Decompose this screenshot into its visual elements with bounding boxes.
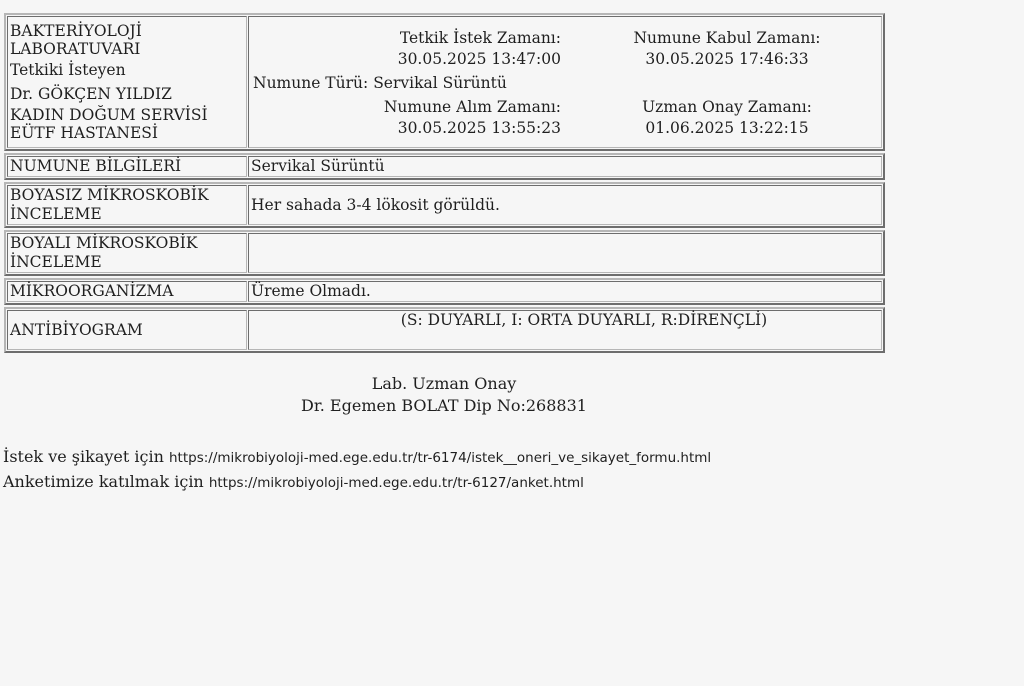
accept-time-value: 30.05.2025 17:46:33: [627, 49, 827, 70]
table-row: ANTİBİYOGRAM (S: DUYARLI, I: ORTA DUYARL…: [7, 310, 882, 350]
unstained-microscopy-value: Her sahada 3-4 lökosit görüldü.: [248, 185, 882, 225]
signature-name: Dr. Egemen BOLAT Dip No:268831: [0, 395, 888, 417]
survey-link-prefix: Anketimize katılmak için: [3, 472, 204, 491]
stained-microscopy-value: [248, 233, 882, 273]
sample-info-value: Servikal Sürüntü: [248, 156, 882, 177]
accept-time-block: Numune Kabul Zamanı: 30.05.2025 17:46:33: [627, 28, 827, 70]
microorganism-value: Üreme Olmadı.: [248, 281, 882, 302]
approval-time-value: 01.06.2025 13:22:15: [627, 118, 827, 139]
complaint-form-link[interactable]: https://mikrobiyoloji-med.ege.edu.tr/tr-…: [169, 450, 711, 466]
unstained-microscopy-label-line2: İNCELEME: [10, 205, 244, 224]
hospital: EÜTF HASTANESİ: [10, 124, 244, 142]
footer-links: İstek ve şikayet için https://mikrobiyol…: [3, 445, 711, 495]
sample-times-cell: Tetkik İstek Zamanı: 30.05.2025 13:47:00…: [248, 16, 882, 148]
table-row: BOYALI MİKROSKOBİK İNCELEME: [7, 233, 882, 273]
lab-report: BAKTERİYOLOJİ LABORATUVARI Tetkiki İstey…: [4, 13, 885, 355]
microorganism-label: MİKROORGANİZMA: [7, 281, 247, 302]
collection-time-block: Numune Alım Zamanı: 30.05.2025 13:55:23: [384, 97, 561, 139]
antibiogram-table: ANTİBİYOGRAM (S: DUYARLI, I: ORTA DUYARL…: [4, 307, 885, 353]
collection-time-value: 30.05.2025 13:55:23: [384, 118, 561, 139]
sample-type-value: Servikal Sürüntü: [373, 74, 507, 92]
approval-time-block: Uzman Onay Zamanı: 01.06.2025 13:22:15: [627, 97, 827, 139]
table-row: BOYASIZ MİKROSKOBİK İNCELEME Her sahada …: [7, 185, 882, 225]
survey-link-line: Anketimize katılmak için https://mikrobi…: [3, 470, 711, 495]
request-time-value: 30.05.2025 13:47:00: [398, 49, 561, 70]
lab-name-line1: BAKTERİYOLOJİ: [10, 22, 244, 40]
specialist-signature: Lab. Uzman Onay Dr. Egemen BOLAT Dip No:…: [0, 373, 888, 417]
survey-link[interactable]: https://mikrobiyoloji-med.ege.edu.tr/tr-…: [209, 475, 584, 491]
approval-time-label: Uzman Onay Zamanı:: [627, 97, 827, 118]
complaint-link-line: İstek ve şikayet için https://mikrobiyol…: [3, 445, 711, 470]
sample-info-label: NUMUNE BİLGİLERİ: [7, 156, 247, 177]
requester-name: Dr. GÖKÇEN YILDIZ: [10, 82, 244, 106]
requester-label: Tetkiki İsteyen: [10, 58, 244, 82]
sample-type-label: Numune Türü:: [253, 74, 368, 92]
stained-microscopy-label: BOYALI MİKROSKOBİK İNCELEME: [7, 233, 247, 273]
collection-time-label: Numune Alım Zamanı:: [384, 97, 561, 118]
accept-time-label: Numune Kabul Zamanı:: [627, 28, 827, 49]
microorganism-table: MİKROORGANİZMA Üreme Olmadı.: [4, 278, 885, 305]
antibiogram-label: ANTİBİYOGRAM: [7, 310, 247, 350]
antibiogram-legend: (S: DUYARLI, I: ORTA DUYARLI, R:DİRENÇLİ…: [248, 310, 882, 350]
request-time-label: Tetkik İstek Zamanı:: [398, 28, 561, 49]
table-row: NUMUNE BİLGİLERİ Servikal Sürüntü: [7, 156, 882, 177]
unstained-microscopy-label-line1: BOYASIZ MİKROSKOBİK: [10, 186, 244, 205]
sample-info-table: NUMUNE BİLGİLERİ Servikal Sürüntü: [4, 153, 885, 180]
table-row: MİKROORGANİZMA Üreme Olmadı.: [7, 281, 882, 302]
lab-name-line2: LABORATUVARI: [10, 40, 244, 58]
department: KADIN DOĞUM SERVİSİ: [10, 106, 244, 124]
signature-title: Lab. Uzman Onay: [0, 373, 888, 395]
requester-info-cell: BAKTERİYOLOJİ LABORATUVARI Tetkiki İstey…: [7, 16, 247, 148]
unstained-microscopy-label: BOYASIZ MİKROSKOBİK İNCELEME: [7, 185, 247, 225]
stained-microscopy-label-line1: BOYALI MİKROSKOBİK: [10, 234, 244, 253]
stained-microscopy-label-line2: İNCELEME: [10, 253, 244, 272]
complaint-link-prefix: İstek ve şikayet için: [3, 447, 164, 466]
request-time-block: Tetkik İstek Zamanı: 30.05.2025 13:47:00: [398, 28, 561, 70]
report-header-table: BAKTERİYOLOJİ LABORATUVARI Tetkiki İstey…: [4, 13, 885, 151]
sample-type-block: Numune Türü: Servikal Sürüntü: [253, 73, 507, 94]
stained-microscopy-table: BOYALI MİKROSKOBİK İNCELEME: [4, 230, 885, 276]
unstained-microscopy-table: BOYASIZ MİKROSKOBİK İNCELEME Her sahada …: [4, 182, 885, 228]
